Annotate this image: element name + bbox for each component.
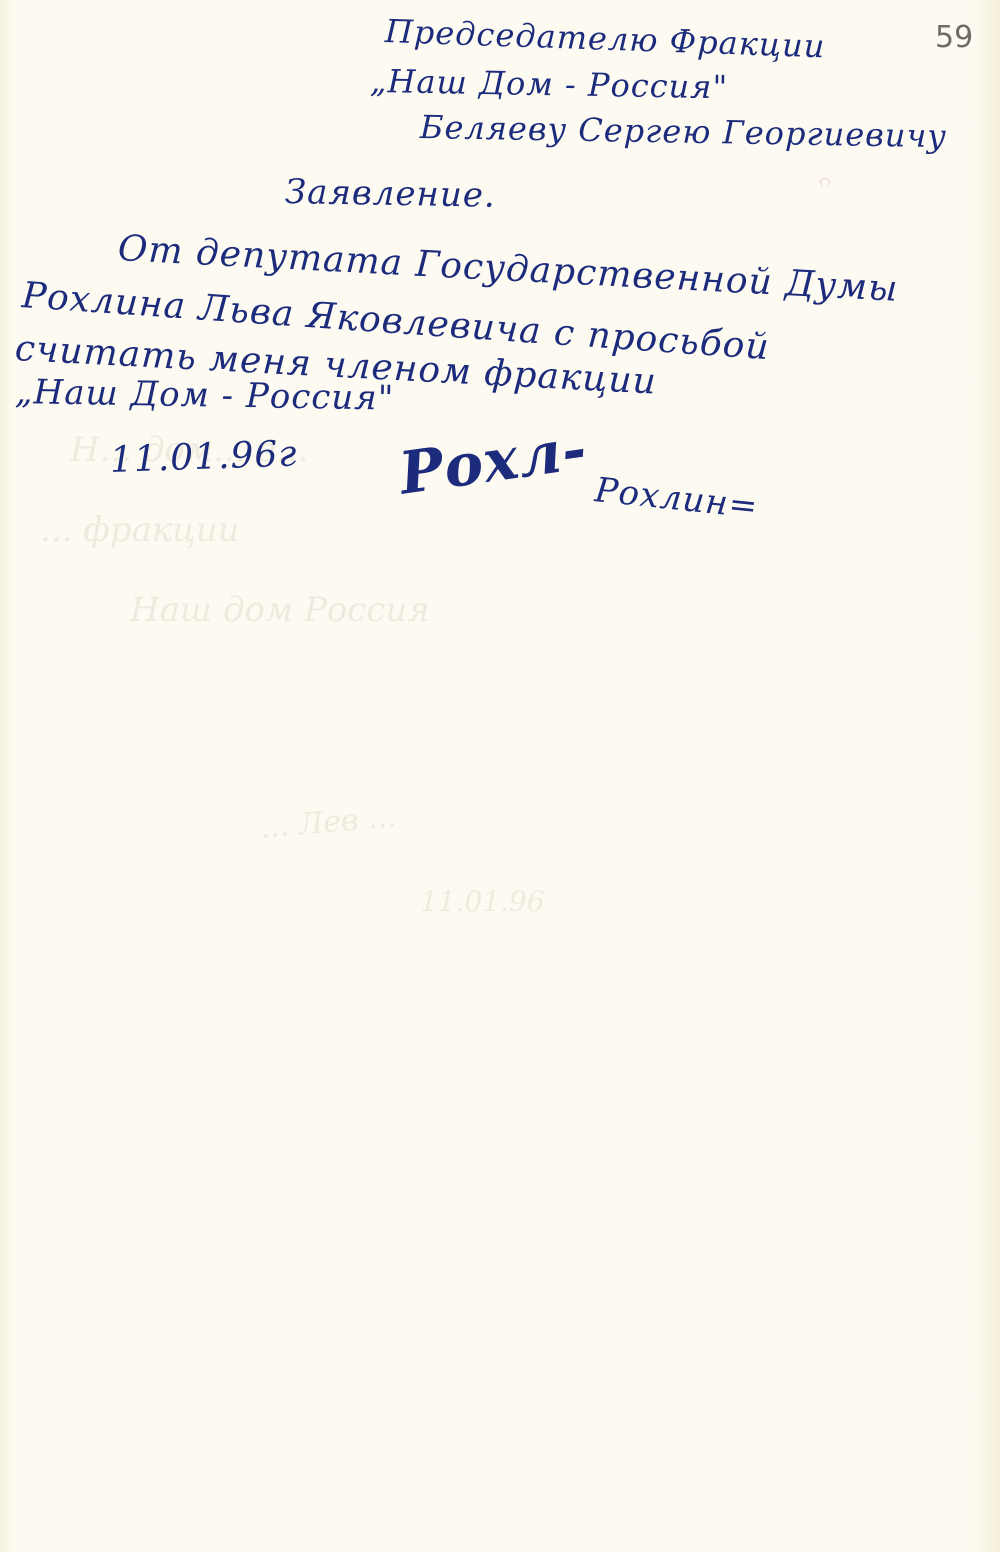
addressee-line-3: Беляеву Сергею Георгиевичу (420, 108, 948, 155)
bleed-through-line: ... Лев ... (259, 799, 398, 846)
signature-name: Рохлин= (593, 470, 760, 527)
paper-mark (820, 178, 830, 187)
document-date: 11.01.96г (109, 433, 298, 481)
body-line-4: „Наш Дом - Россия" (15, 372, 395, 419)
bleed-through-line: ... фракции (40, 510, 240, 550)
bleed-through-line: 11.01.96 (420, 885, 545, 918)
addressee-line-1: Председателю Фракции (384, 12, 826, 65)
page-number: 59 (935, 20, 973, 55)
bleed-through-line: Наш дом Россия (130, 590, 430, 630)
signature-mark: Рохл- (395, 414, 591, 508)
document-title: Заявление. (285, 172, 496, 216)
addressee-line-2: „Наш Дом - Россия" (370, 62, 729, 106)
document-page: Н... дом... в... ... фракции Наш дом Рос… (0, 0, 1000, 1552)
